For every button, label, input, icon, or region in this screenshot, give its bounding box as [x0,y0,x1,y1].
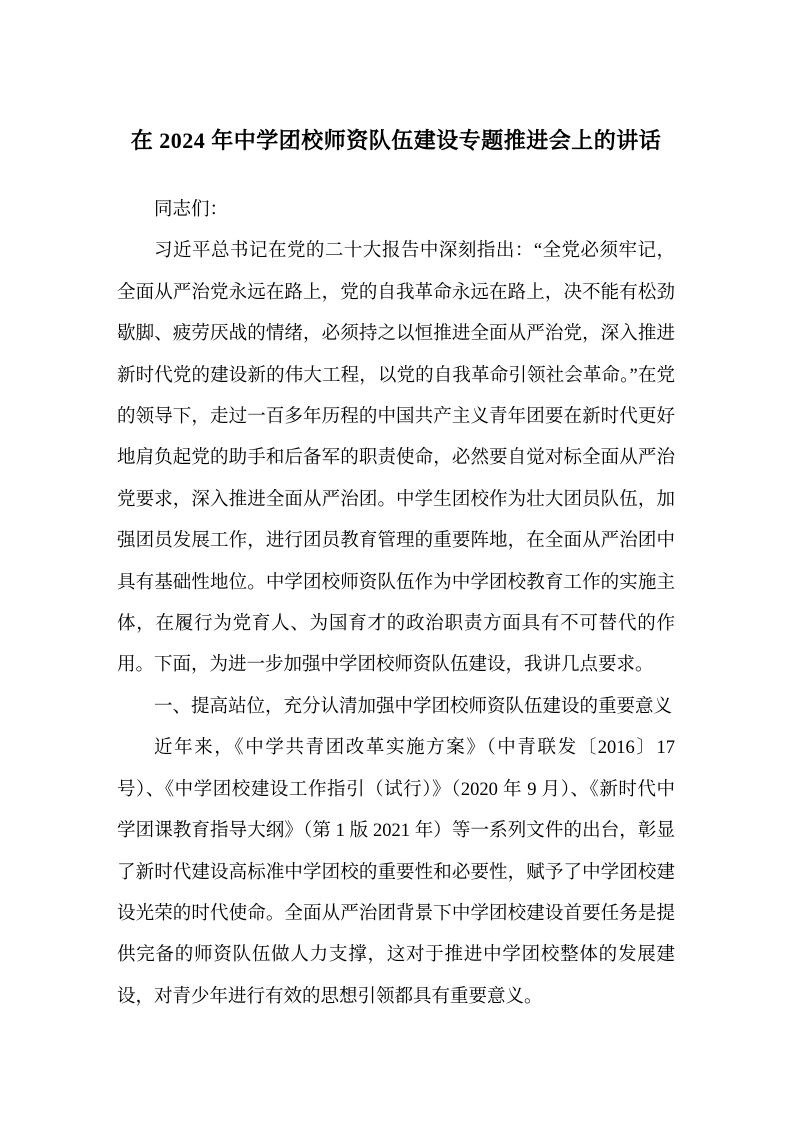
document-content: 在 2024 年中学团校师资队伍建设专题推进会上的讲话 同志们： 习近平总书记在… [0,0,793,1018]
section-heading-1: 一、提高站位，充分认清加强中学团校师资队伍建设的重要意义 [117,687,675,728]
document-title: 在 2024 年中学团校师资队伍建设专题推进会上的讲话 [117,121,675,161]
paragraph-introduction: 习近平总书记在党的二十大报告中深刻指出：“全党必须牢记，全面从严治党永远在路上，… [117,231,675,686]
salutation: 同志们： [117,190,675,231]
document-page: 在 2024 年中学团校师资队伍建设专题推进会上的讲话 同志们： 习近平总书记在… [0,0,793,1122]
paragraph-section-1-body: 近年来，《中学共青团改革实施方案》（中青联发〔2016〕17 号）、《中学团校建… [117,728,675,1018]
